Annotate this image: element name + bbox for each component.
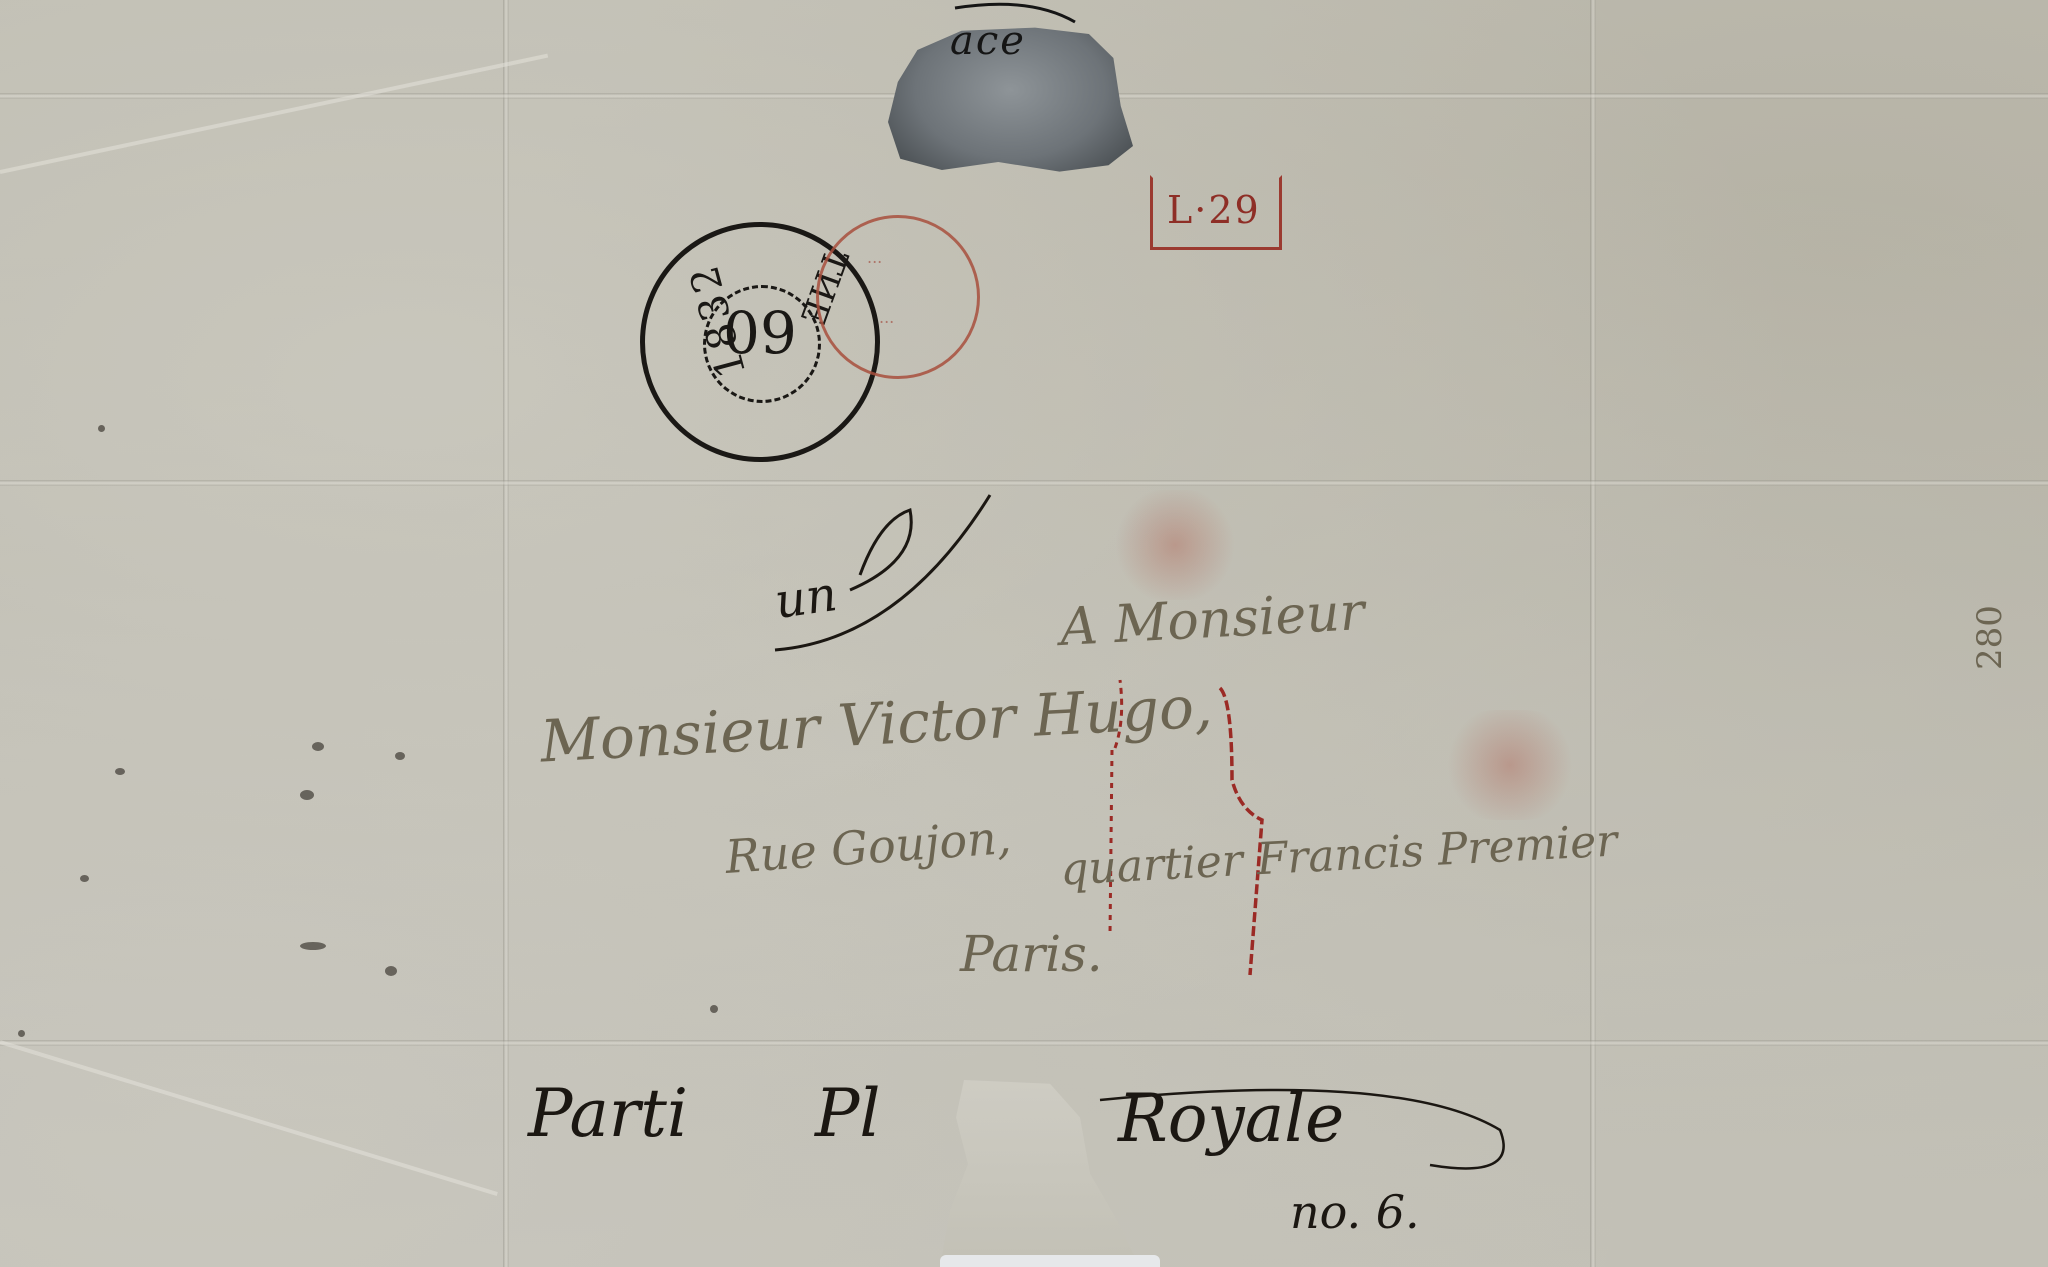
annotation-mark: un <box>771 566 840 630</box>
archive-number: 280 <box>1970 605 2010 670</box>
paper-tear-gap <box>940 1255 1160 1267</box>
address-city: Paris. <box>960 925 1103 983</box>
sender-note-word3: Royale <box>1118 1080 1344 1157</box>
sender-note-number: no. 6. <box>1290 1185 1420 1239</box>
sender-note-word1: Parti <box>528 1075 688 1152</box>
sender-note-word2: Pl <box>815 1075 881 1152</box>
handwriting-flourishes <box>0 0 2048 1267</box>
red-charge-stroke <box>1220 688 1262 975</box>
